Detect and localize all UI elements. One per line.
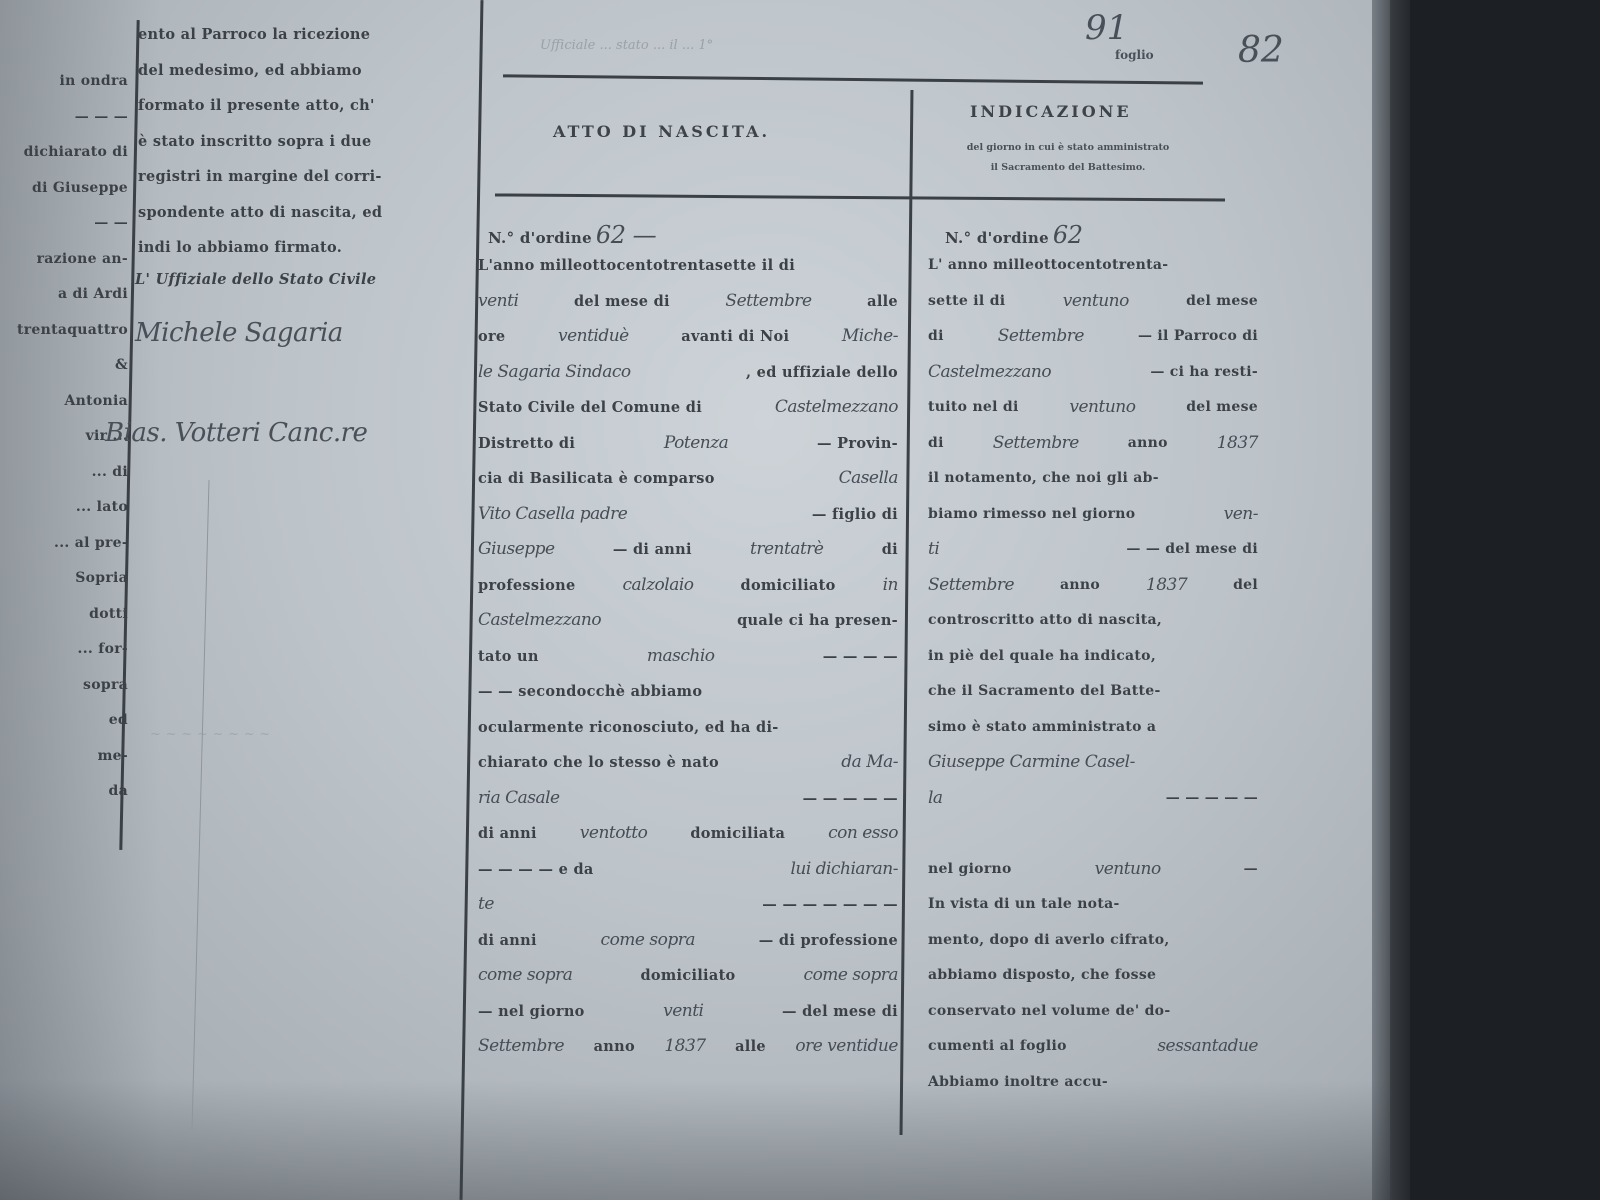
closing-line: del medesimo, ed abbiamo <box>138 54 458 90</box>
baptism-body: L' anno milleottocentotrenta-sette il di… <box>928 248 1258 1100</box>
left-fragment-line: ... for- <box>0 632 128 668</box>
baptism-order-label: N.° d'ordine <box>945 229 1049 247</box>
handwritten-entry: Vito Casella padre <box>478 497 627 533</box>
baptism-line: diSettembreanno1837 <box>928 426 1258 462</box>
birth-record-line: Stato Civile del Comune diCastelmezzano <box>478 390 898 426</box>
closing-column: ento al Parroco la ricezionedel medesimo… <box>138 18 458 267</box>
baptism-line: mento, dopo di averlo cifrato, <box>928 923 1258 959</box>
printed-text: ocularmente riconosciuto, ed ha di- <box>478 710 779 746</box>
baptism-subheader-1: del giorno in cui è stato amministrato <box>918 140 1218 156</box>
handwritten-entry: venti <box>478 284 518 320</box>
handwritten-entry: con esso <box>828 816 898 852</box>
handwritten-entry: ti <box>928 532 939 568</box>
printed-text: — Provin- <box>817 426 898 462</box>
printed-text: — il Parroco di <box>1138 319 1258 355</box>
left-fragment-line: ... al pre- <box>0 526 128 562</box>
printed-text: — — — — e da <box>478 852 594 888</box>
handwritten-entry: Settembre <box>725 284 811 320</box>
handwritten-entry: Settembre <box>928 568 1014 604</box>
printed-text: anno <box>594 1029 635 1065</box>
left-fragment-line: razione an- <box>0 242 128 278</box>
baptism-line: conservato nel volume de' do- <box>928 994 1258 1030</box>
handwritten-entry: 1837 <box>1217 426 1258 462</box>
printed-text: chiarato che lo stesso è nato <box>478 745 719 781</box>
baptism-header: INDICAZIONE <box>970 102 1132 121</box>
left-fragment-line: dotti <box>0 597 128 633</box>
printed-text: nel giorno <box>928 852 1012 888</box>
printed-text: — del mese di <box>782 994 898 1030</box>
birth-record-line: Settembreanno1837alleore ventidue <box>478 1029 898 1065</box>
printed-text: — nel giorno <box>478 994 585 1030</box>
handwritten-entry: ventuno <box>1069 390 1135 426</box>
baptism-line: diSettembre— il Parroco di <box>928 319 1258 355</box>
page-number: 82 <box>1238 30 1284 71</box>
birth-record-line: ocularmente riconosciuto, ed ha di- <box>478 710 898 746</box>
left-fragment-line: — — — <box>0 100 128 136</box>
baptism-line: tuito nel diventunodel mese <box>928 390 1258 426</box>
birth-record-line: Vito Casella padre— figlio di <box>478 497 898 533</box>
printed-text: di <box>928 319 944 355</box>
handwritten-entry: come sopra <box>601 923 695 959</box>
printed-text: domiciliata <box>690 816 785 852</box>
baptism-subheader-2: il Sacramento del Battesimo. <box>918 160 1218 176</box>
printed-text: abbiamo disposto, che fosse <box>928 958 1156 994</box>
closing-line: registri in margine del corri- <box>138 160 458 196</box>
handwritten-entry: ventuno <box>1063 284 1129 320</box>
handwritten-entry: ventuno <box>1095 852 1161 888</box>
birth-record-line: tato unmaschio— — — — <box>478 639 898 675</box>
baptism-line: la— — — — — <box>928 781 1258 817</box>
handwritten-entry: come sopra <box>804 958 898 994</box>
printed-text: che il Sacramento del Batte- <box>928 674 1161 710</box>
handwritten-entry: Castelmezzano <box>775 390 898 426</box>
handwritten-entry: le Sagaria Sindaco <box>478 355 631 391</box>
printed-text: — — secondocchè abbiamo <box>478 674 702 710</box>
left-fragment-line: ... lato <box>0 490 128 526</box>
printed-text: del <box>1233 568 1258 604</box>
printed-text: del mese <box>1186 390 1258 426</box>
left-fragment-line: & <box>0 348 128 384</box>
handwritten-entry: Giuseppe Carmine Casel- <box>928 745 1135 781</box>
baptism-line: In vista di un tale nota- <box>928 887 1258 923</box>
printed-text: di anni <box>478 816 537 852</box>
handwritten-entry: 1837 <box>1146 568 1187 604</box>
faint-top-text: Ufficiale ... stato ... il ... 1° <box>540 38 713 53</box>
baptism-line <box>928 816 1258 852</box>
handwritten-entry: Castelmezzano <box>478 603 601 639</box>
printed-text: il notamento, che noi gli ab- <box>928 461 1159 497</box>
folio-mark: 91 <box>1085 8 1128 48</box>
printed-text: quale ci ha presen- <box>737 603 898 639</box>
handwritten-entry: Settembre <box>998 319 1084 355</box>
printed-text: cia di Basilicata è comparso <box>478 461 715 497</box>
printed-text: domiciliato <box>640 958 735 994</box>
baptism-line: nel giornoventuno— <box>928 852 1258 888</box>
printed-text: , ed uffiziale dello <box>746 355 898 391</box>
baptism-line: in piè del quale ha indicato, <box>928 639 1258 675</box>
signature-2: Bias. Votteri Canc.re <box>105 418 367 448</box>
handwritten-entry: Settembre <box>478 1029 564 1065</box>
printed-text: biamo rimesso nel giorno <box>928 497 1135 533</box>
handwritten-entry: lui dichiaran- <box>790 852 898 888</box>
printed-text: conservato nel volume de' do- <box>928 994 1170 1030</box>
printed-text: — ci ha resti- <box>1150 355 1258 391</box>
closing-line: formato il presente atto, ch' <box>138 89 458 125</box>
printed-text: — di professione <box>759 923 898 959</box>
printed-text: — <box>1244 852 1258 888</box>
handwritten-entry: da Ma- <box>841 745 898 781</box>
printed-text: di <box>928 426 944 462</box>
birth-record-line: oreventiduèavanti di NoiMiche- <box>478 319 898 355</box>
baptism-line: controscritto atto di nascita, <box>928 603 1258 639</box>
handwritten-entry: come sopra <box>478 958 572 994</box>
handwritten-entry: Casella <box>839 461 898 497</box>
printed-text: del mese di <box>574 284 670 320</box>
printed-text: In vista di un tale nota- <box>928 887 1120 923</box>
printed-text: alle <box>735 1029 766 1065</box>
printed-text: tuito nel di <box>928 390 1019 426</box>
signature-1: Michele Sagaria <box>135 318 343 348</box>
printed-text: mento, dopo di averlo cifrato, <box>928 923 1170 959</box>
scanner-background <box>1410 0 1600 1200</box>
printed-text: L'anno milleottocentotrentasette il di <box>478 248 795 284</box>
handwritten-entry: Settembre <box>993 426 1079 462</box>
baptism-line: cumenti al fogliosessantadue <box>928 1029 1258 1065</box>
printed-text: cumenti al foglio <box>928 1029 1067 1065</box>
handwritten-entry: 1837 <box>664 1029 705 1065</box>
birth-record-line: Giuseppe— di annitrentatrèdi <box>478 532 898 568</box>
handwritten-entry: Potenza <box>664 426 728 462</box>
printed-text: Distretto di <box>478 426 575 462</box>
handwritten-entry: te <box>478 887 494 923</box>
birth-record-line: — nel giornoventi— del mese di <box>478 994 898 1030</box>
left-fragment-line: ed <box>0 703 128 739</box>
printed-text: del mese <box>1186 284 1258 320</box>
left-fragment-line: me- <box>0 739 128 775</box>
handwritten-entry: ore ventidue <box>795 1029 898 1065</box>
baptism-line: L' anno milleottocentotrenta- <box>928 248 1258 284</box>
handwritten-entry: trentatrè <box>750 532 823 568</box>
printed-text: controscritto atto di nascita, <box>928 603 1162 639</box>
baptism-line: il notamento, che noi gli ab- <box>928 461 1258 497</box>
printed-text: professione <box>478 568 576 604</box>
printed-text: Stato Civile del Comune di <box>478 390 702 426</box>
printed-text: — — — — — — — <box>762 887 898 923</box>
handwritten-entry: maschio <box>647 639 715 675</box>
printed-text: — — del mese di <box>1126 532 1258 568</box>
baptism-line: abbiamo disposto, che fosse <box>928 958 1258 994</box>
handwritten-entry: venti <box>663 994 703 1030</box>
birth-record-line: — — secondocchè abbiamo <box>478 674 898 710</box>
baptism-line: Abbiamo inoltre accu- <box>928 1065 1258 1101</box>
printed-text: anno <box>1128 426 1168 462</box>
printed-text: L' anno milleottocentotrenta- <box>928 248 1168 284</box>
left-fragment-line: ... di <box>0 455 128 491</box>
handwritten-entry: ria Casale <box>478 781 560 817</box>
closing-line: spondente atto di nascita, ed <box>138 196 458 232</box>
faint-bleedthrough: ~ ~ ~ ~ ~ ~ ~ ~ <box>150 720 271 750</box>
left-fragment-line: a di Ardi <box>0 277 128 313</box>
left-fragment-line: in ondra <box>0 64 128 100</box>
closing-line: è stato inscritto sopra i due <box>138 125 458 161</box>
birth-record-line: ria Casale— — — — — <box>478 781 898 817</box>
birth-order-number: 62 — <box>596 221 656 249</box>
baptism-line: ti— — del mese di <box>928 532 1258 568</box>
handwritten-entry: ven- <box>1224 497 1258 533</box>
birth-record-line: L'anno milleottocentotrentasette il di <box>478 248 898 284</box>
left-fragment-line: Antonia <box>0 384 128 420</box>
closing-line: ento al Parroco la ricezione <box>138 18 458 54</box>
birth-record-line: di anniventottodomiciliatacon esso <box>478 816 898 852</box>
baptism-line: simo è stato amministrato a <box>928 710 1258 746</box>
left-fragment-line: dichiarato di <box>0 135 128 171</box>
printed-text: — — — — — <box>1166 781 1258 817</box>
printed-text: sette il di <box>928 284 1005 320</box>
printed-text: alle <box>867 284 898 320</box>
baptism-order-number: 62 <box>1053 221 1083 249</box>
baptism-line: sette il diventunodel mese <box>928 284 1258 320</box>
document-scan: Ufficiale ... stato ... il ... 1° 91 fog… <box>0 0 1600 1200</box>
birth-order-label: N.° d'ordine <box>488 229 592 247</box>
left-fragment-line: — — <box>0 206 128 242</box>
printed-text: Abbiamo inoltre accu- <box>928 1065 1108 1101</box>
birth-record-body: L'anno milleottocentotrentasette il dive… <box>478 248 898 1065</box>
baptism-line: Castelmezzano— ci ha resti- <box>928 355 1258 391</box>
handwritten-entry: Castelmezzano <box>928 355 1051 391</box>
printed-text: di <box>882 532 898 568</box>
handwritten-entry: ventotto <box>580 816 648 852</box>
printed-text: simo è stato amministrato a <box>928 710 1156 746</box>
printed-text: di anni <box>478 923 537 959</box>
birth-record-line: chiarato che lo stesso è natoda Ma- <box>478 745 898 781</box>
left-fragment-line: Sopria <box>0 561 128 597</box>
printed-text: — — — — — <box>803 781 898 817</box>
birth-record-line: cia di Basilicata è comparsoCasella <box>478 461 898 497</box>
baptism-line: biamo rimesso nel giornoven- <box>928 497 1258 533</box>
baptism-line: Giuseppe Carmine Casel- <box>928 745 1258 781</box>
handwritten-entry: sessantadue <box>1157 1029 1258 1065</box>
printed-text: — di anni <box>613 532 692 568</box>
birth-record-line: te— — — — — — — <box>478 887 898 923</box>
printed-text: domiciliato <box>741 568 836 604</box>
handwritten-entry: la <box>928 781 943 817</box>
birth-record-line: — — — — e dalui dichiaran- <box>478 852 898 888</box>
birth-record-line: professionecalzolaiodomiciliatoin <box>478 568 898 604</box>
printed-text: anno <box>1060 568 1100 604</box>
birth-record-line: di annicome sopra— di professione <box>478 923 898 959</box>
birth-record-line: ventidel mese diSettembrealle <box>478 284 898 320</box>
handwritten-entry: Giuseppe <box>478 532 555 568</box>
birth-record-header: ATTO DI NASCITA. <box>553 122 770 141</box>
printed-text: avanti di Noi <box>681 319 789 355</box>
handwritten-entry: ventiduè <box>558 319 629 355</box>
printed-text: — — — — <box>823 639 898 675</box>
birth-record-line: come sopradomiciliatocome sopra <box>478 958 898 994</box>
printed-text: — figlio di <box>812 497 898 533</box>
birth-record-line: Distretto diPotenza— Provin- <box>478 426 898 462</box>
left-fragment-line: di Giuseppe <box>0 171 128 207</box>
printed-text: ore <box>478 319 505 355</box>
left-fragment-line: trentaquattro <box>0 313 128 349</box>
handwritten-entry: Miche- <box>842 319 898 355</box>
baptism-line: Settembreanno1837del <box>928 568 1258 604</box>
left-fragment-line: da <box>0 774 128 810</box>
page-edge <box>1372 0 1412 1200</box>
baptism-line: che il Sacramento del Batte- <box>928 674 1258 710</box>
birth-record-line: Castelmezzanoquale ci ha presen- <box>478 603 898 639</box>
printed-text: tato un <box>478 639 539 675</box>
handwritten-entry: calzolaio <box>622 568 693 604</box>
printed-text: in piè del quale ha indicato, <box>928 639 1156 675</box>
handwritten-entry: in <box>883 568 898 604</box>
folio-label: foglio <box>1115 48 1154 62</box>
left-fragment-line: sopra <box>0 668 128 704</box>
birth-record-line: le Sagaria Sindaco, ed uffiziale dello <box>478 355 898 391</box>
signature-label: L' Uffiziale dello Stato Civile <box>135 262 376 298</box>
